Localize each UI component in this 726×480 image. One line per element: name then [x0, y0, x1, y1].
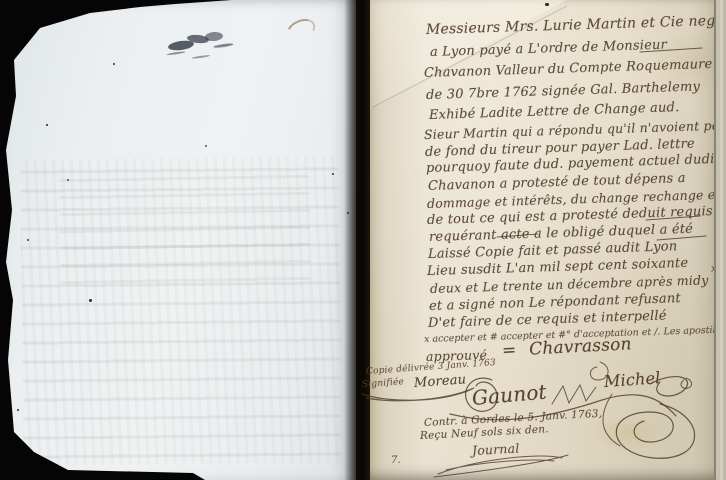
equals-mark: =	[501, 340, 515, 361]
ink-speck	[332, 173, 334, 175]
adjacent-page-edge	[714, 0, 726, 480]
ink-speck	[205, 145, 207, 147]
ink-blob	[205, 31, 224, 41]
control-note-journal: Journal	[472, 441, 520, 458]
ink-smudge	[168, 32, 230, 60]
ink-speck	[17, 409, 19, 411]
ink-speck	[67, 179, 69, 181]
brown-stain-mark	[283, 15, 319, 46]
bleedthrough-texture-upper	[59, 166, 311, 290]
ink-speck	[46, 124, 48, 126]
ink-speck	[27, 239, 29, 241]
ink-speck	[113, 63, 115, 65]
ink-speck	[545, 3, 549, 6]
left-page	[0, 0, 356, 480]
ink-speck	[89, 299, 92, 302]
scanned-manuscript-spread: Messieurs Mrs. Lurie Martin et Cie negts…	[0, 0, 726, 480]
signature-michel: Michel	[603, 368, 661, 391]
folio-mark: 7.	[391, 455, 401, 466]
